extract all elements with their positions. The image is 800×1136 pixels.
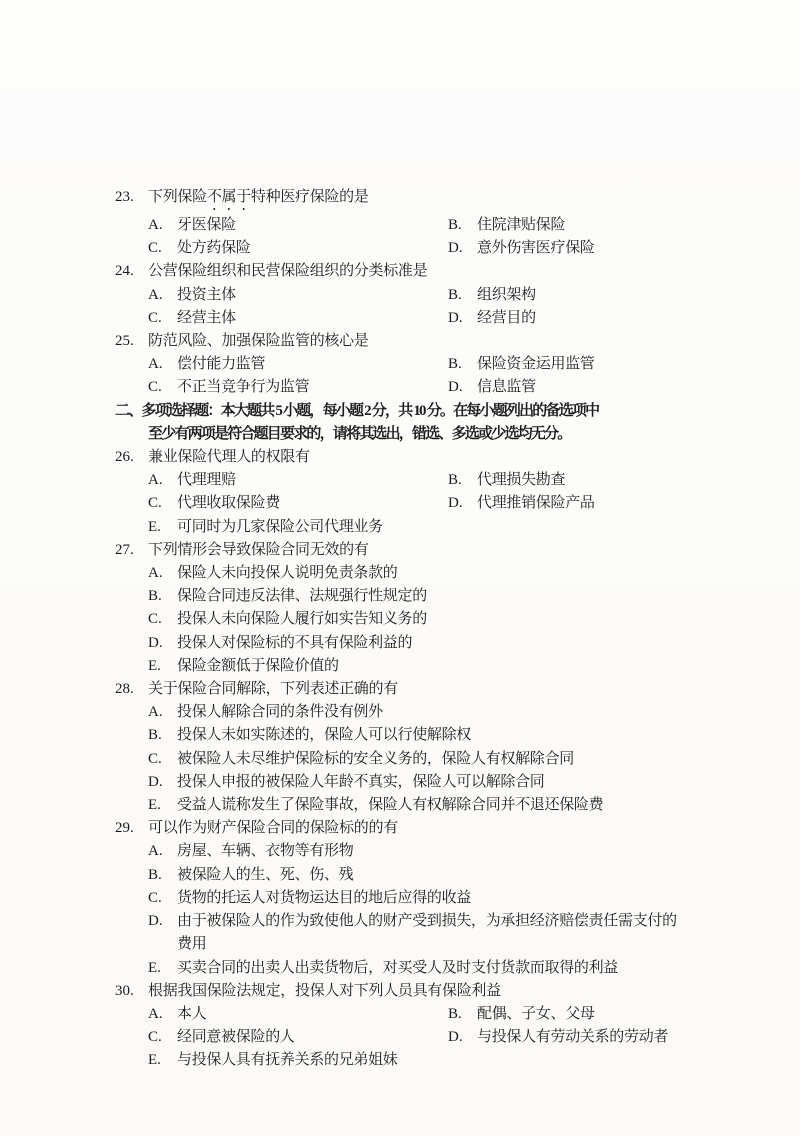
option-B: B.投保人未如实陈述的，保险人可以行使解除权 (148, 724, 471, 747)
option-text: 房屋、车辆、衣物等有形物 (177, 840, 353, 863)
option-label: E. (148, 957, 177, 980)
option-text: 可同时为几家保险公司代理业务 (177, 516, 383, 539)
section-header-line-1: 二、多项选择题：本大题共 5 小题，每小题 2 分，共 10 分。在每小题列出的… (115, 400, 755, 423)
stem-segment: 兼业保险代理人的权限有 (148, 449, 310, 465)
option-label: D. (448, 376, 477, 399)
option-row: B.投保人未如实陈述的，保险人可以行使解除权 (148, 724, 755, 747)
option-row: D.投保人申报的被保险人年龄不真实，保险人可以解除合同 (148, 771, 755, 794)
question-27-options: A.保险人未向投保人说明免责条款的B.保险合同违反法律、法规强行性规定的C.投保… (148, 562, 755, 678)
option-row: A.本人B.配偶、子女、父母 (148, 1003, 755, 1026)
exam-document-page: 23.下列保险不属于特种医疗保险的是A.牙医保险B.住院津贴保险C.处方药保险D… (0, 0, 800, 1136)
question-28-options: A.投保人解除合同的条件没有例外B.投保人未如实陈述的，保险人可以行使解除权C.… (148, 701, 755, 817)
option-D: D.投保人对保险标的不具有保险利益的 (148, 632, 412, 655)
option-text: 保险资金运用监管 (477, 353, 755, 376)
option-A: A.代理理赔 (148, 469, 448, 492)
option-label: B. (448, 284, 477, 307)
option-row: A.投保人解除合同的条件没有例外 (148, 701, 755, 724)
question-number: 27. (115, 539, 148, 562)
option-D: D.与投保人有劳动关系的劳动者 (448, 1026, 755, 1049)
option-C: C.经营主体 (148, 307, 448, 330)
option-row: A.偿付能力监管B.保险资金运用监管 (148, 353, 755, 376)
question-29: 29.可以作为财产保险合同的保险标的的有A.房屋、车辆、衣物等有形物B.被保险人… (115, 817, 755, 979)
option-label: B. (448, 214, 477, 237)
option-label: D. (448, 1026, 477, 1049)
question-25-stem-row: 25.防范风险、加强保险监管的核心是 (115, 330, 755, 353)
option-text: 代理损失勘查 (477, 469, 755, 492)
option-A: A.房屋、车辆、衣物等有形物 (148, 840, 353, 863)
option-row: E.与投保人具有抚养关系的兄弟姐妹 (148, 1049, 755, 1072)
option-label: C. (148, 376, 177, 399)
option-row: C.代理收取保险费D.代理推销保险产品 (148, 492, 755, 515)
question-25-options: A.偿付能力监管B.保险资金运用监管C.不正当竞争行为监管D.信息监管 (148, 353, 755, 399)
question-number: 28. (115, 678, 148, 701)
option-row: C.处方药保险D.意外伤害医疗保险 (148, 237, 755, 260)
option-text: 偿付能力监管 (177, 353, 448, 376)
option-label: A. (148, 701, 177, 724)
option-D: D.由于被保险人的作为致使他人的财产受到损失，为承担经济赔偿责任需支付的费用 (148, 910, 677, 956)
question-27-stem-row: 27.下列情形会导致保险合同无效的有 (115, 539, 755, 562)
option-label: E. (148, 1049, 177, 1072)
question-26-options: A.代理理赔B.代理损失勘查C.代理收取保险费D.代理推销保险产品E.可同时为几… (148, 469, 755, 539)
option-label: B. (148, 585, 177, 608)
question-30: 30.根据我国保险法规定，投保人对下列人员具有保险利益A.本人B.配偶、子女、父… (115, 980, 755, 1073)
option-row: E.受益人谎称发生了保险事故，保险人有权解除合同并不退还保险费 (148, 794, 755, 817)
option-E: E.买卖合同的出卖人出卖货物后，对买受人及时支付货款而取得的利益 (148, 957, 618, 980)
option-text: 处方药保险 (177, 237, 448, 260)
option-C: C.被保险人未尽维护保险标的安全义务的，保险人有权解除合同 (148, 748, 574, 771)
option-D: D.投保人申报的被保险人年龄不真实，保险人可以解除合同 (148, 771, 545, 794)
exam-content: 23.下列保险不属于特种医疗保险的是A.牙医保险B.住院津贴保险C.处方药保险D… (115, 186, 755, 1073)
option-label: A. (148, 214, 177, 237)
option-label: B. (448, 469, 477, 492)
stem-segment: 下列情形会导致保险合同无效的有 (148, 542, 369, 558)
option-C: C.货物的托运人对货物运达目的地后应得的收益 (148, 887, 471, 910)
option-text-line-2: 费用 (177, 933, 677, 956)
option-label: C. (148, 237, 177, 260)
option-B: B.被保险人的生、死、伤、残 (148, 864, 353, 887)
stem-segment: 公营保险组织和民营保险组织的分类标准是 (148, 263, 427, 279)
option-label: A. (148, 562, 177, 585)
option-row: C.投保人未向保险人履行如实告知义务的 (148, 608, 755, 631)
question-24: 24.公营保险组织和民营保险组织的分类标准是A.投资主体B.组织架构C.经营主体… (115, 260, 755, 330)
option-text: 保险人未向投保人说明免责条款的 (177, 562, 398, 585)
option-row: C.经营主体D.经营目的 (148, 307, 755, 330)
option-D: D.经营目的 (448, 307, 755, 330)
option-B: B.住院津贴保险 (448, 214, 755, 237)
option-C: C.不正当竞争行为监管 (148, 376, 448, 399)
option-label: D. (448, 492, 477, 515)
option-row: E.可同时为几家保险公司代理业务 (148, 516, 755, 539)
option-E: E.保险金额低于保险价值的 (148, 655, 339, 678)
stem-segment: 下列保险 (148, 189, 207, 205)
option-label: E. (148, 655, 177, 678)
option-label: D. (148, 771, 177, 794)
question-30-stem-row: 30.根据我国保险法规定，投保人对下列人员具有保险利益 (115, 980, 755, 1003)
option-text: 与投保人有劳动关系的劳动者 (477, 1026, 755, 1049)
question-24-stem-row: 24.公营保险组织和民营保险组织的分类标准是 (115, 260, 755, 283)
option-label: C. (148, 307, 177, 330)
question-23-stem-row: 23.下列保险不属于特种医疗保险的是 (115, 186, 755, 214)
option-text: 买卖合同的出卖人出卖货物后，对买受人及时支付货款而取得的利益 (177, 957, 618, 980)
option-C: C.代理收取保险费 (148, 492, 448, 515)
option-text: 由于被保险人的作为致使他人的财产受到损失，为承担经济赔偿责任需支付的费用 (177, 910, 677, 956)
stem-emphasized-segment: 不属于 (207, 189, 251, 205)
option-text: 代理收取保险费 (177, 492, 448, 515)
question-stem: 根据我国保险法规定，投保人对下列人员具有保险利益 (148, 980, 755, 1003)
question-29-options: A.房屋、车辆、衣物等有形物B.被保险人的生、死、伤、残C.货物的托运人对货物运… (148, 840, 755, 979)
stem-segment: 防范风险、加强保险监管的核心是 (148, 333, 369, 349)
option-row: A.保险人未向投保人说明免责条款的 (148, 562, 755, 585)
question-23-options: A.牙医保险B.住院津贴保险C.处方药保险D.意外伤害医疗保险 (148, 214, 755, 260)
option-B: B.代理损失勘查 (448, 469, 755, 492)
option-label: D. (448, 307, 477, 330)
option-label: D. (148, 632, 177, 655)
option-text: 牙医保险 (177, 214, 448, 237)
option-text: 被保险人的生、死、伤、残 (177, 864, 353, 887)
question-26-stem-row: 26.兼业保险代理人的权限有 (115, 446, 755, 469)
question-29-stem-row: 29.可以作为财产保险合同的保险标的的有 (115, 817, 755, 840)
question-28-stem-row: 28.关于保险合同解除，下列表述正确的有 (115, 678, 755, 701)
option-text: 保险金额低于保险价值的 (177, 655, 339, 678)
question-number: 30. (115, 980, 148, 1003)
question-stem: 下列情形会导致保险合同无效的有 (148, 539, 755, 562)
option-label: A. (148, 840, 177, 863)
option-label: A. (148, 353, 177, 376)
option-text: 经营主体 (177, 307, 448, 330)
option-D: D.信息监管 (448, 376, 755, 399)
option-text: 经营目的 (477, 307, 755, 330)
option-label: E. (148, 794, 177, 817)
option-label: E. (148, 516, 177, 539)
option-label: C. (148, 748, 177, 771)
option-label: D. (148, 910, 177, 933)
option-row: B.被保险人的生、死、伤、残 (148, 864, 755, 887)
question-30-options: A.本人B.配偶、子女、父母C.经同意被保险的人D.与投保人有劳动关系的劳动者E… (148, 1003, 755, 1073)
question-stem: 可以作为财产保险合同的保险标的的有 (148, 817, 755, 840)
option-row: C.被保险人未尽维护保险标的安全义务的，保险人有权解除合同 (148, 748, 755, 771)
stem-segment: 可以作为财产保险合同的保险标的的有 (148, 820, 398, 836)
option-C: C.处方药保险 (148, 237, 448, 260)
option-E: E.可同时为几家保险公司代理业务 (148, 516, 383, 539)
option-label: A. (148, 1003, 177, 1026)
option-row: A.代理理赔B.代理损失勘查 (148, 469, 755, 492)
stem-segment: 特种医疗保险的是 (251, 189, 369, 205)
option-row: D.由于被保险人的作为致使他人的财产受到损失，为承担经济赔偿责任需支付的费用 (148, 910, 755, 956)
option-text: 代理推销保险产品 (477, 492, 755, 515)
option-text: 组织架构 (477, 284, 755, 307)
option-text: 货物的托运人对货物运达目的地后应得的收益 (177, 887, 471, 910)
option-D: D.代理推销保险产品 (448, 492, 755, 515)
option-label: B. (148, 724, 177, 747)
option-row: C.不正当竞争行为监管D.信息监管 (148, 376, 755, 399)
question-number: 25. (115, 330, 148, 353)
option-B: B.保险资金运用监管 (448, 353, 755, 376)
option-D: D.意外伤害医疗保险 (448, 237, 755, 260)
section-header: 二、多项选择题：本大题共 5 小题，每小题 2 分，共 10 分。在每小题列出的… (115, 400, 755, 446)
question-25: 25.防范风险、加强保险监管的核心是A.偿付能力监管B.保险资金运用监管C.不正… (115, 330, 755, 400)
option-label: B. (448, 1003, 477, 1026)
option-row: C.货物的托运人对货物运达目的地后应得的收益 (148, 887, 755, 910)
question-stem: 公营保险组织和民营保险组织的分类标准是 (148, 260, 755, 283)
option-text: 投保人未如实陈述的，保险人可以行使解除权 (177, 724, 471, 747)
option-text: 本人 (177, 1003, 448, 1026)
option-text: 投保人对保险标的不具有保险利益的 (177, 632, 412, 655)
option-A: A.投保人解除合同的条件没有例外 (148, 701, 383, 724)
question-24-options: A.投资主体B.组织架构C.经营主体D.经营目的 (148, 284, 755, 330)
option-A: A.偿付能力监管 (148, 353, 448, 376)
option-C: C.投保人未向保险人履行如实告知义务的 (148, 608, 427, 631)
option-row: E.保险金额低于保险价值的 (148, 655, 755, 678)
option-text: 投保人解除合同的条件没有例外 (177, 701, 383, 724)
question-28: 28.关于保险合同解除，下列表述正确的有A.投保人解除合同的条件没有例外B.投保… (115, 678, 755, 817)
option-A: A.保险人未向投保人说明免责条款的 (148, 562, 398, 585)
option-text: 代理理赔 (177, 469, 448, 492)
option-A: A.牙医保险 (148, 214, 448, 237)
option-label: D. (448, 237, 477, 260)
option-text: 信息监管 (477, 376, 755, 399)
option-row: A.投资主体B.组织架构 (148, 284, 755, 307)
option-text: 经同意被保险的人 (177, 1026, 448, 1049)
option-text: 配偶、子女、父母 (477, 1003, 755, 1026)
question-stem: 防范风险、加强保险监管的核心是 (148, 330, 755, 353)
question-number: 24. (115, 260, 148, 283)
option-B: B.配偶、子女、父母 (448, 1003, 755, 1026)
option-B: B.组织架构 (448, 284, 755, 307)
question-stem: 关于保险合同解除，下列表述正确的有 (148, 678, 755, 701)
option-A: A.本人 (148, 1003, 448, 1026)
question-stem: 下列保险不属于特种医疗保险的是 (148, 186, 755, 214)
option-text-line-1: 由于被保险人的作为致使他人的财产受到损失，为承担经济赔偿责任需支付的 (177, 910, 677, 933)
option-row: D.投保人对保险标的不具有保险利益的 (148, 632, 755, 655)
question-number: 29. (115, 817, 148, 840)
option-row: E.买卖合同的出卖人出卖货物后，对买受人及时支付货款而取得的利益 (148, 957, 755, 980)
option-row: A.牙医保险B.住院津贴保险 (148, 214, 755, 237)
stem-segment: 关于保险合同解除，下列表述正确的有 (148, 681, 398, 697)
option-text: 投保人申报的被保险人年龄不真实，保险人可以解除合同 (177, 771, 545, 794)
option-label: A. (148, 469, 177, 492)
question-number: 26. (115, 446, 148, 469)
option-text: 投保人未向保险人履行如实告知义务的 (177, 608, 427, 631)
option-row: C.经同意被保险的人D.与投保人有劳动关系的劳动者 (148, 1026, 755, 1049)
section-header-line-2: 至少有两项是符合题目要求的，请将其选出，错选、多选或少选均无分。 (115, 423, 755, 446)
option-label: C. (148, 887, 177, 910)
question-27: 27.下列情形会导致保险合同无效的有A.保险人未向投保人说明免责条款的B.保险合… (115, 539, 755, 678)
option-A: A.投资主体 (148, 284, 448, 307)
option-text: 受益人谎称发生了保险事故，保险人有权解除合同并不退还保险费 (177, 794, 603, 817)
option-label: A. (148, 284, 177, 307)
question-number: 23. (115, 186, 148, 209)
option-row: B.保险合同违反法律、法规强行性规定的 (148, 585, 755, 608)
option-E: E.与投保人具有抚养关系的兄弟姐妹 (148, 1049, 398, 1072)
option-label: B. (448, 353, 477, 376)
option-text: 住院津贴保险 (477, 214, 755, 237)
question-stem: 兼业保险代理人的权限有 (148, 446, 755, 469)
option-text: 不正当竞争行为监管 (177, 376, 448, 399)
option-B: B.保险合同违反法律、法规强行性规定的 (148, 585, 427, 608)
option-text: 意外伤害医疗保险 (477, 237, 755, 260)
option-label: B. (148, 864, 177, 887)
option-label: C. (148, 1026, 177, 1049)
question-26: 26.兼业保险代理人的权限有A.代理理赔B.代理损失勘查C.代理收取保险费D.代… (115, 446, 755, 539)
option-text: 被保险人未尽维护保险标的安全义务的，保险人有权解除合同 (177, 748, 574, 771)
option-text: 与投保人具有抚养关系的兄弟姐妹 (177, 1049, 398, 1072)
option-row: A.房屋、车辆、衣物等有形物 (148, 840, 755, 863)
option-label: C. (148, 608, 177, 631)
option-label: C. (148, 492, 177, 515)
option-text: 保险合同违反法律、法规强行性规定的 (177, 585, 427, 608)
option-text: 投资主体 (177, 284, 448, 307)
question-23: 23.下列保险不属于特种医疗保险的是A.牙医保险B.住院津贴保险C.处方药保险D… (115, 186, 755, 260)
option-E: E.受益人谎称发生了保险事故，保险人有权解除合同并不退还保险费 (148, 794, 603, 817)
option-C: C.经同意被保险的人 (148, 1026, 448, 1049)
stem-segment: 根据我国保险法规定，投保人对下列人员具有保险利益 (148, 983, 501, 999)
